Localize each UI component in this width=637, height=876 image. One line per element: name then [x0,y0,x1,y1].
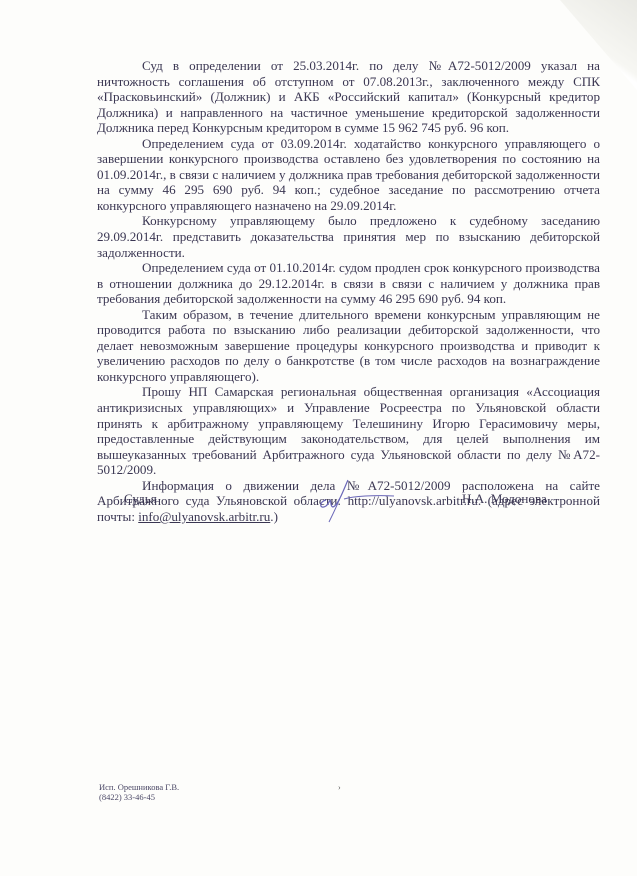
paragraph-term-extended: Определением суда от 01.10.2014г. судом … [97,260,600,307]
paragraph-request: Прошу НП Самарская региональная обществе… [97,384,600,477]
signature-block: Судья Н.А. Модонова [0,488,637,518]
scan-mark: › [338,783,341,792]
executor-name: Исп. Орешникова Г.В. [99,782,179,792]
signer-role: Судья [124,491,157,507]
footer-executor: Исп. Орешникова Г.В. (8422) 33-46-45 [99,782,179,802]
paragraph-petition-denied: Определением суда от 03.09.2014г. ходата… [97,136,600,214]
executor-phone: (8422) 33-46-45 [99,792,179,802]
paragraph-evidence-request: Конкурсному управляющему было предложено… [97,213,600,260]
paragraph-nullity: Суд в определении от 25.03.2014г. по дел… [97,58,600,136]
handwritten-signature-icon [314,478,414,523]
letter-body: Суд в определении от 25.03.2014г. по дел… [97,58,600,524]
paragraph-conclusion: Таким образом, в течение длительного вре… [97,307,600,385]
signer-name: Н.А. Модонова [462,491,547,507]
